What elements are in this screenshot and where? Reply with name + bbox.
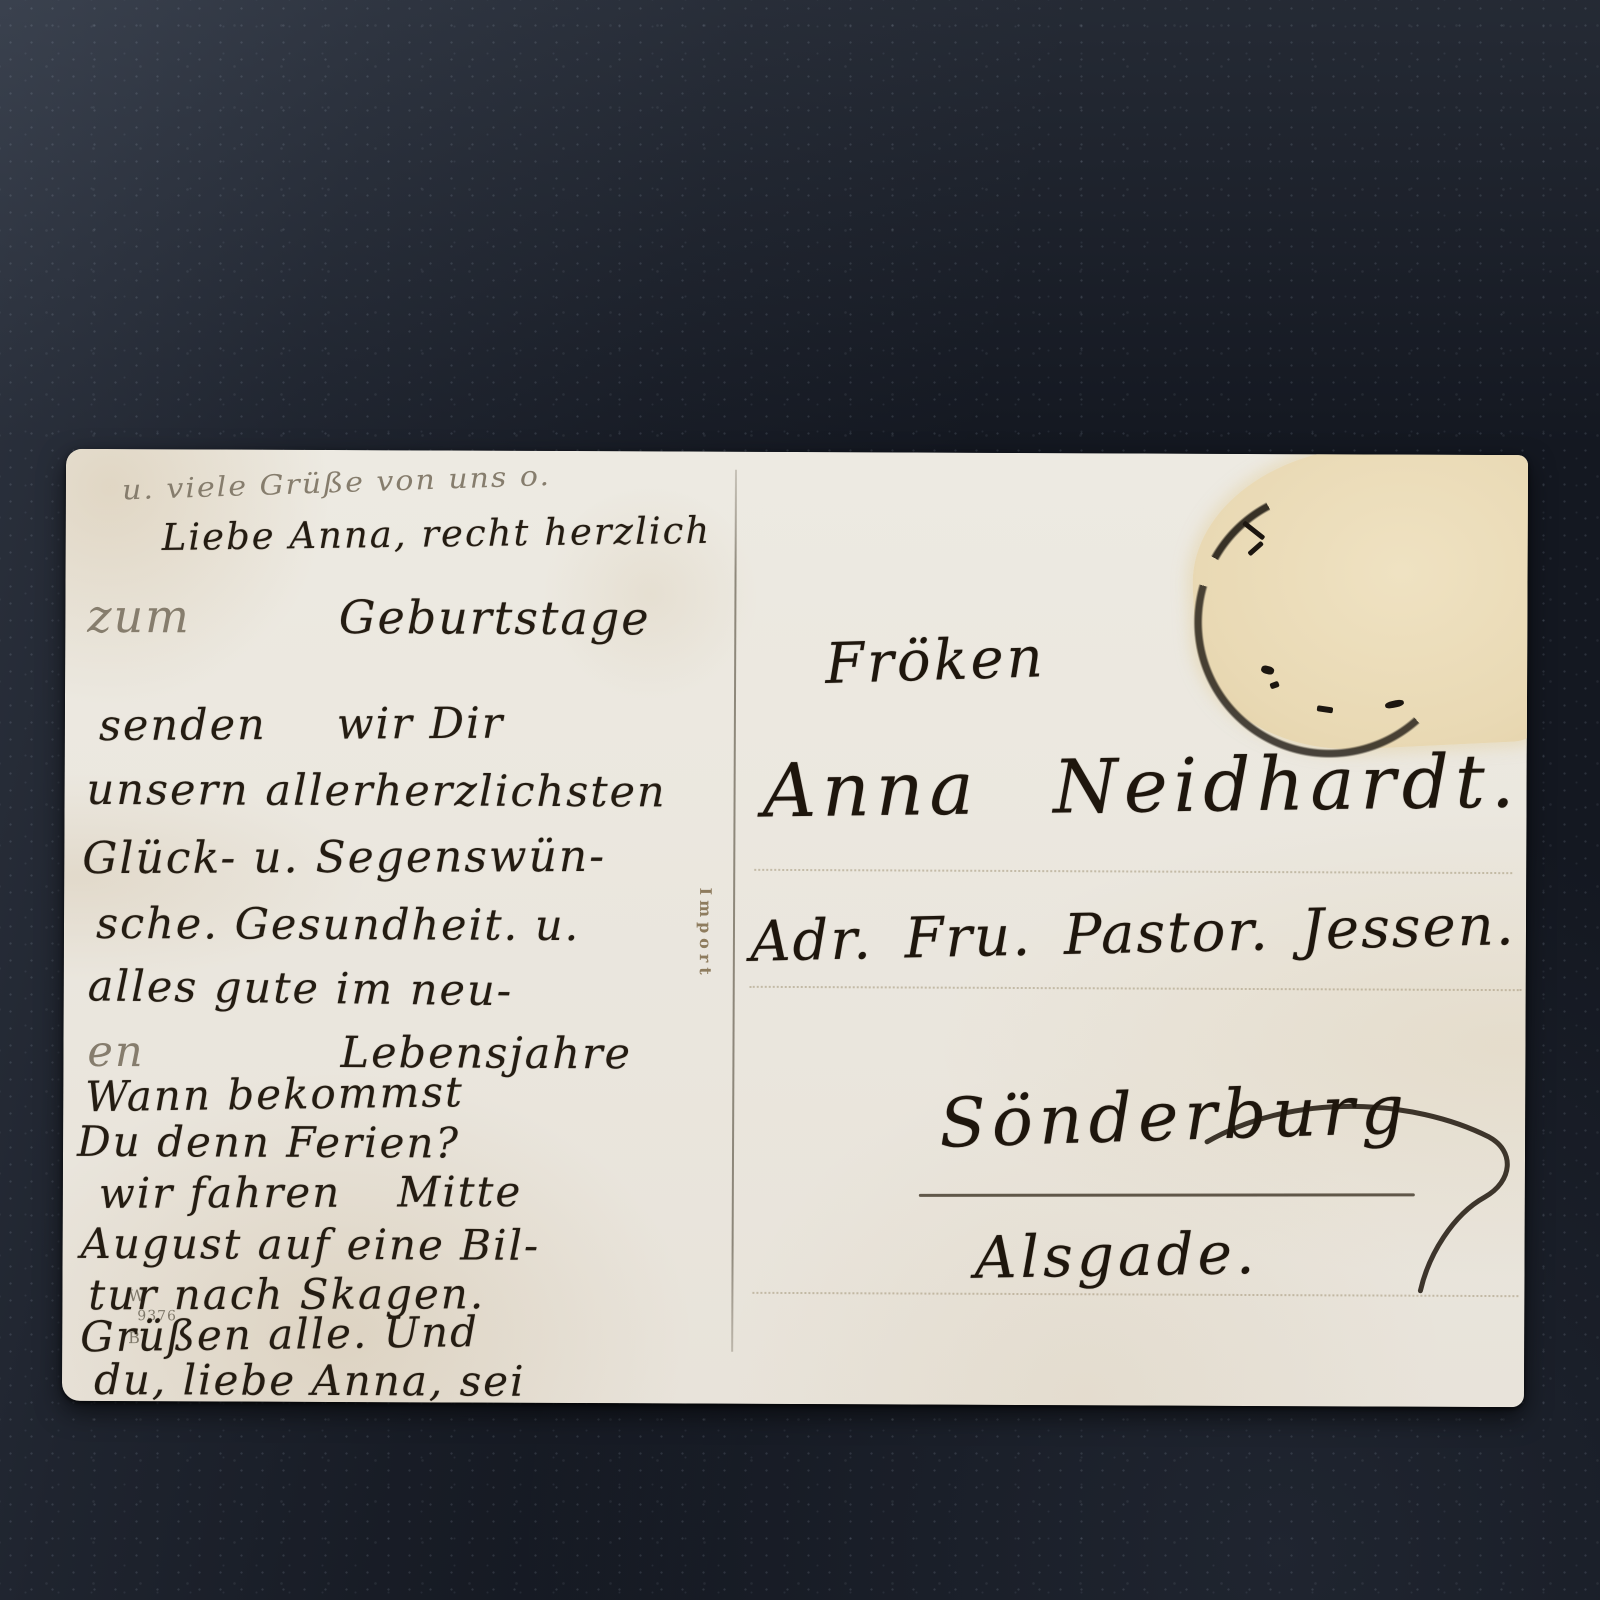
message-line: sendenwir Dir [99, 699, 505, 751]
message-segment: Glück- u. Segenswün- [82, 831, 606, 884]
message-line: August auf eine Bil- [81, 1219, 541, 1270]
message-segment: wir Dir [337, 699, 505, 750]
message-segment: du, liebe Anna, sei [94, 1355, 526, 1406]
message-segment: Du denn Ferien? [77, 1117, 460, 1168]
message-line: zumGeburtstage [87, 589, 650, 645]
message-segment: alles gute im neu- [87, 961, 513, 1016]
town-underline-stroke [919, 1193, 1415, 1196]
message-segment: Liebe Anna, recht herzlich [161, 509, 711, 559]
message-segment: Geburtstage [339, 590, 651, 645]
message-line: Grüßen alle. Und [80, 1307, 479, 1361]
message-line: Du denn Ferien? [77, 1117, 460, 1168]
message-segment: wir fahren [99, 1168, 342, 1218]
message-line: Glück- u. Segenswün- [82, 831, 606, 884]
address-care-of: Adr. Fru. Pastor. Jessen. [749, 893, 1516, 975]
address-rule-line [752, 1292, 1518, 1297]
message-line: sche. Gesundheit. u. [96, 899, 580, 951]
message-segment: Mitte [397, 1167, 522, 1217]
message-segment: August auf eine Bil- [81, 1219, 541, 1270]
address-street: Alsgade. [974, 1219, 1259, 1292]
address-name: Anna Neidhardt. [762, 739, 1521, 835]
address-salutation: Fröken [824, 625, 1046, 697]
message-segment: u. viele Grüße von uns o. [122, 460, 552, 507]
message-segment: sche. Gesundheit. u. [96, 899, 580, 951]
address-rule-line [750, 986, 1522, 991]
message-block: u. viele Grüße von uns o.Liebe Anna, rec… [72, 453, 741, 1400]
message-line: du, liebe Anna, sei [94, 1355, 526, 1406]
address-rule-line [754, 869, 1512, 874]
message-line: Liebe Anna, recht herzlich [161, 509, 711, 559]
message-line: wir fahrenMitte [99, 1167, 523, 1218]
message-segment: senden [99, 700, 267, 751]
message-segment: Wann bekommst [85, 1067, 464, 1121]
message-line: unsern allerherzlichsten [86, 765, 666, 818]
postcard: Import W 9376 B u. viele Grüße von uns o… [62, 449, 1528, 1407]
message-segment: zum [87, 589, 191, 643]
postmark-circle [1193, 486, 1466, 759]
message-line: u. viele Grüße von uns o. [122, 460, 552, 507]
message-segment: en [87, 1027, 144, 1077]
message-segment: Grüßen alle. Und [80, 1307, 479, 1361]
message-line: alles gute im neu- [87, 961, 513, 1016]
message-line: Wann bekommst [85, 1067, 464, 1121]
message-segment: unsern allerherzlichsten [86, 765, 666, 818]
address-town: Sönderburg [938, 1070, 1411, 1163]
